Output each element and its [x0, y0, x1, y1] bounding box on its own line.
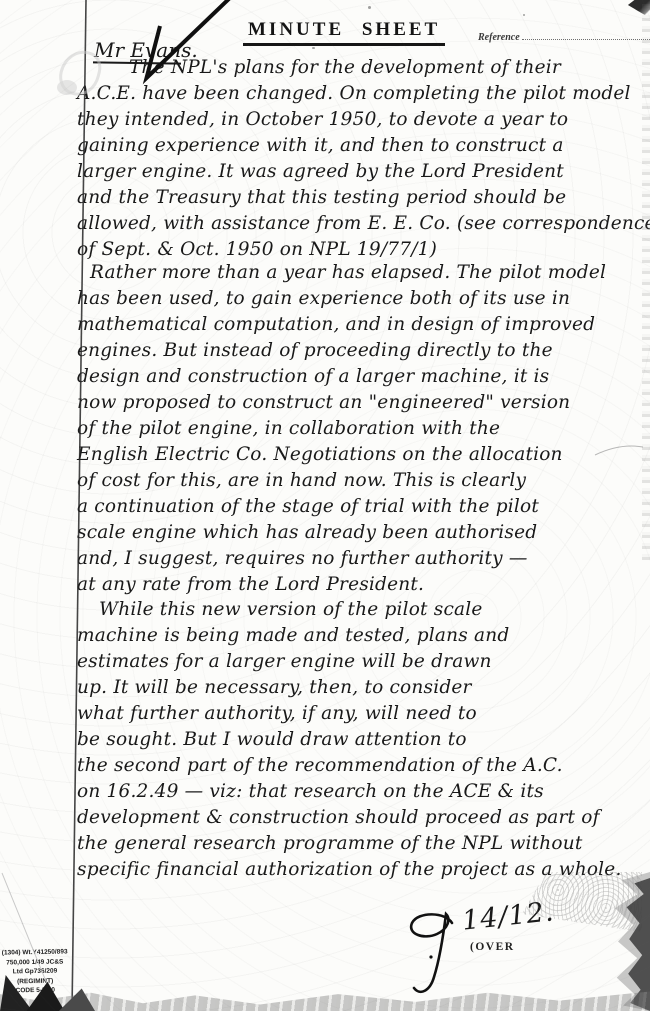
handwritten-paragraph-1: The NPL's plans for the development of t… [77, 55, 645, 263]
handwritten-line: machine is being made and tested, plans … [77, 623, 645, 649]
handwritten-line: development & construction should procee… [77, 805, 645, 831]
handwritten-line: and the Treasury that this testing perio… [77, 185, 645, 211]
handwritten-line: mathematical computation, and in design … [77, 312, 645, 338]
handwritten-line: scale engine which has already been auth… [77, 520, 645, 546]
handwritten-line: of cost for this, are in hand now. This … [77, 468, 645, 494]
right-edge-grain [642, 4, 650, 560]
handwritten-line: a continuation of the stage of trial wit… [77, 494, 645, 520]
bottom-shadow-band [0, 985, 650, 1011]
handwritten-line: design and construction of a larger mach… [77, 364, 645, 390]
imprint-line: (1304) Wt.Y41250/893 [2, 947, 68, 958]
handwritten-line: the second part of the recommendation of… [77, 753, 645, 779]
document-title: MINUTE SHEET [243, 19, 445, 46]
handwritten-line: A.C.E. have been changed. On completing … [77, 81, 645, 107]
handwritten-line: at any rate from the Lord President. [77, 572, 645, 598]
handwritten-paragraph-2: Rather more than a year has elapsed. The… [77, 260, 645, 598]
reference-label: Reference [478, 32, 520, 43]
handwritten-line: The NPL's plans for the development of t… [77, 55, 645, 81]
signature-initials [411, 914, 452, 992]
speck [312, 47, 315, 49]
handwritten-line: engines. But instead of proceeding direc… [77, 338, 645, 364]
handwritten-line: has been used, to gain experience both o… [77, 286, 645, 312]
handwritten-line: Rather more than a year has elapsed. The… [77, 260, 645, 286]
handwritten-line: estimates for a larger engine will be dr… [77, 649, 645, 675]
signature-dot [429, 955, 432, 958]
handwritten-line: gaining experience with it, and then to … [77, 133, 645, 159]
handwritten-line: on 16.2.49 — viz: that research on the A… [77, 779, 645, 805]
over-label: (OVER [470, 941, 515, 953]
reference-dotted-line [522, 30, 650, 40]
speck [523, 14, 525, 16]
torn-corner [0, 966, 95, 1011]
handwritten-line: larger engine. It was agreed by the Lord… [77, 159, 645, 185]
reference-field: Reference [478, 30, 650, 43]
handwritten-line: what further authority, if any, will nee… [77, 701, 645, 727]
handwritten-line: now proposed to construct an "engineered… [77, 390, 645, 416]
handwritten-line: be sought. But I would draw attention to [77, 727, 645, 753]
speck [368, 6, 371, 9]
handwritten-line: they intended, in October 1950, to devot… [77, 107, 645, 133]
handwritten-line: of the pilot engine, in collaboration wi… [77, 416, 645, 442]
handwritten-line: While this new version of the pilot scal… [77, 597, 645, 623]
handwritten-line: the general research programme of the NP… [77, 831, 645, 857]
handwritten-paragraph-3: While this new version of the pilot scal… [77, 597, 645, 883]
handwritten-line: English Electric Co. Negotiations on the… [77, 442, 645, 468]
handwritten-line: up. It will be necessary, then, to consi… [77, 675, 645, 701]
handwritten-line: and, I suggest, requires no further auth… [77, 546, 645, 572]
handwritten-line: allowed, with assistance from E. E. Co. … [77, 211, 645, 237]
ink-smudge [57, 80, 77, 95]
